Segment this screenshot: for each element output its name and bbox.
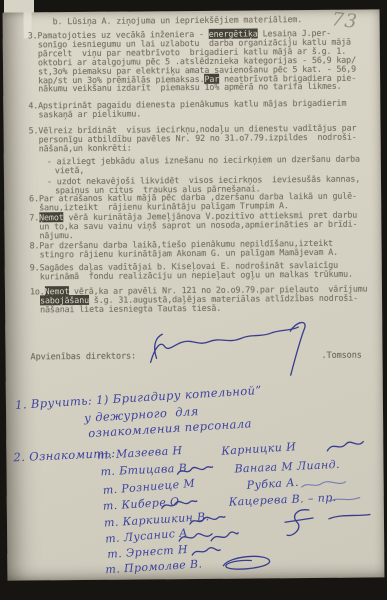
signature-stroke	[215, 550, 277, 575]
typed-line-segment: nāšanai lieta iesniegta Tautas tiesā.	[40, 303, 221, 315]
typed-line-segment: nāšanā,un konkrēti:	[39, 142, 132, 153]
director-signature-stroke	[140, 317, 331, 381]
typed-line-segment: 7.	[29, 212, 39, 222]
typed-line-segment: stingro rājienu kurinātājam Akonam G. un…	[40, 247, 339, 260]
typed-line: kurināmā fondu realizāciju un nepieļaut …	[40, 269, 375, 281]
roster-name: Ванага М Лианд.	[234, 458, 340, 476]
director-title: Apvienības direktors:	[31, 353, 137, 363]
typed-line-segment: nākumu veikšanu izdarīt piemaksu 1o% apm…	[38, 81, 341, 94]
paragraph-8: 8.Par dzeršanu darba laikā,tiešo pienāku…	[30, 238, 375, 259]
roster-name: т. Промолве В.	[105, 557, 203, 576]
paragraph-3: 3.Pamatojoties uz vecākā inženiera - ene…	[28, 28, 374, 93]
signature-stroke	[324, 437, 366, 455]
roster-name: т. Розниеце М	[102, 477, 195, 497]
signature-stroke	[279, 506, 325, 542]
header-line: b. Lūsiņa A. ziņojuma un iepriekšējiem m…	[28, 14, 373, 26]
signature-stroke	[327, 494, 363, 506]
roster-name: Карницки И	[221, 440, 297, 458]
typed-line: stingro rājienu kurinātājam Akonam G. un…	[40, 247, 375, 259]
typed-line: saskaņā ar pielikumu.	[38, 107, 373, 119]
paragraph-9: 9.Sagādes daļas vadītājai b. Kiseļovai E…	[30, 260, 375, 281]
typed-line-segment: kurināmā fondu realizāciju un nepieļaut …	[40, 269, 353, 282]
signature-stroke	[299, 478, 349, 492]
signature-stroke	[207, 527, 241, 547]
signature-stroke	[174, 463, 214, 479]
paragraph-5-bullet-1: - aizliegt jebkādu alus iznešanu no ieci…	[29, 154, 374, 175]
typed-line-segment: saskaņā ar pielikumu.	[38, 108, 141, 119]
scanned-document-page: { "page_number": "73", "colors": { "pape…	[0, 0, 387, 600]
paragraph-4: 4.Apstiprināt pagaidu dienesta pienākumu…	[28, 98, 373, 119]
roster-name: Рубка А.	[246, 476, 299, 492]
typed-text-layer: b. Lūsiņa A. ziņojuma un iepriekšējiem m…	[28, 9, 376, 12]
typed-line-segment: nājumu.	[39, 230, 73, 240]
paragraph-10: 1o.Ņemot vērā,ka ar pavēli Nr. 121 no 2o…	[30, 284, 375, 314]
paragraph-5: 5.Vēlreiz brīdināt visus iecirkņu,nodaļu…	[29, 123, 374, 153]
typed-line: b. Lūsiņa A. ziņojuma un iepriekšējiem m…	[53, 14, 373, 26]
typed-line-segment: vietā,	[55, 165, 84, 175]
typed-line-segment: b. Lūsiņa A. ziņojuma un iepriekšējiem m…	[53, 14, 303, 26]
paragraph-7: 7.Ņemot vērā kurinātāja Jemeļjānova V.po…	[29, 210, 374, 240]
typed-line: nāšanā,un konkrēti:	[39, 141, 374, 153]
signature-stroke	[327, 511, 373, 521]
document-paper: 73 b. Lūsiņa A. ziņojuma un iepriekšējie…	[3, 9, 385, 580]
typed-line: nāšanai lieta iesniegta Tautas tiesā.	[40, 302, 375, 314]
typed-line: nākumu veikšanu izdarīt piemaksu 1o% apm…	[38, 82, 373, 94]
signature-stroke	[159, 497, 199, 513]
